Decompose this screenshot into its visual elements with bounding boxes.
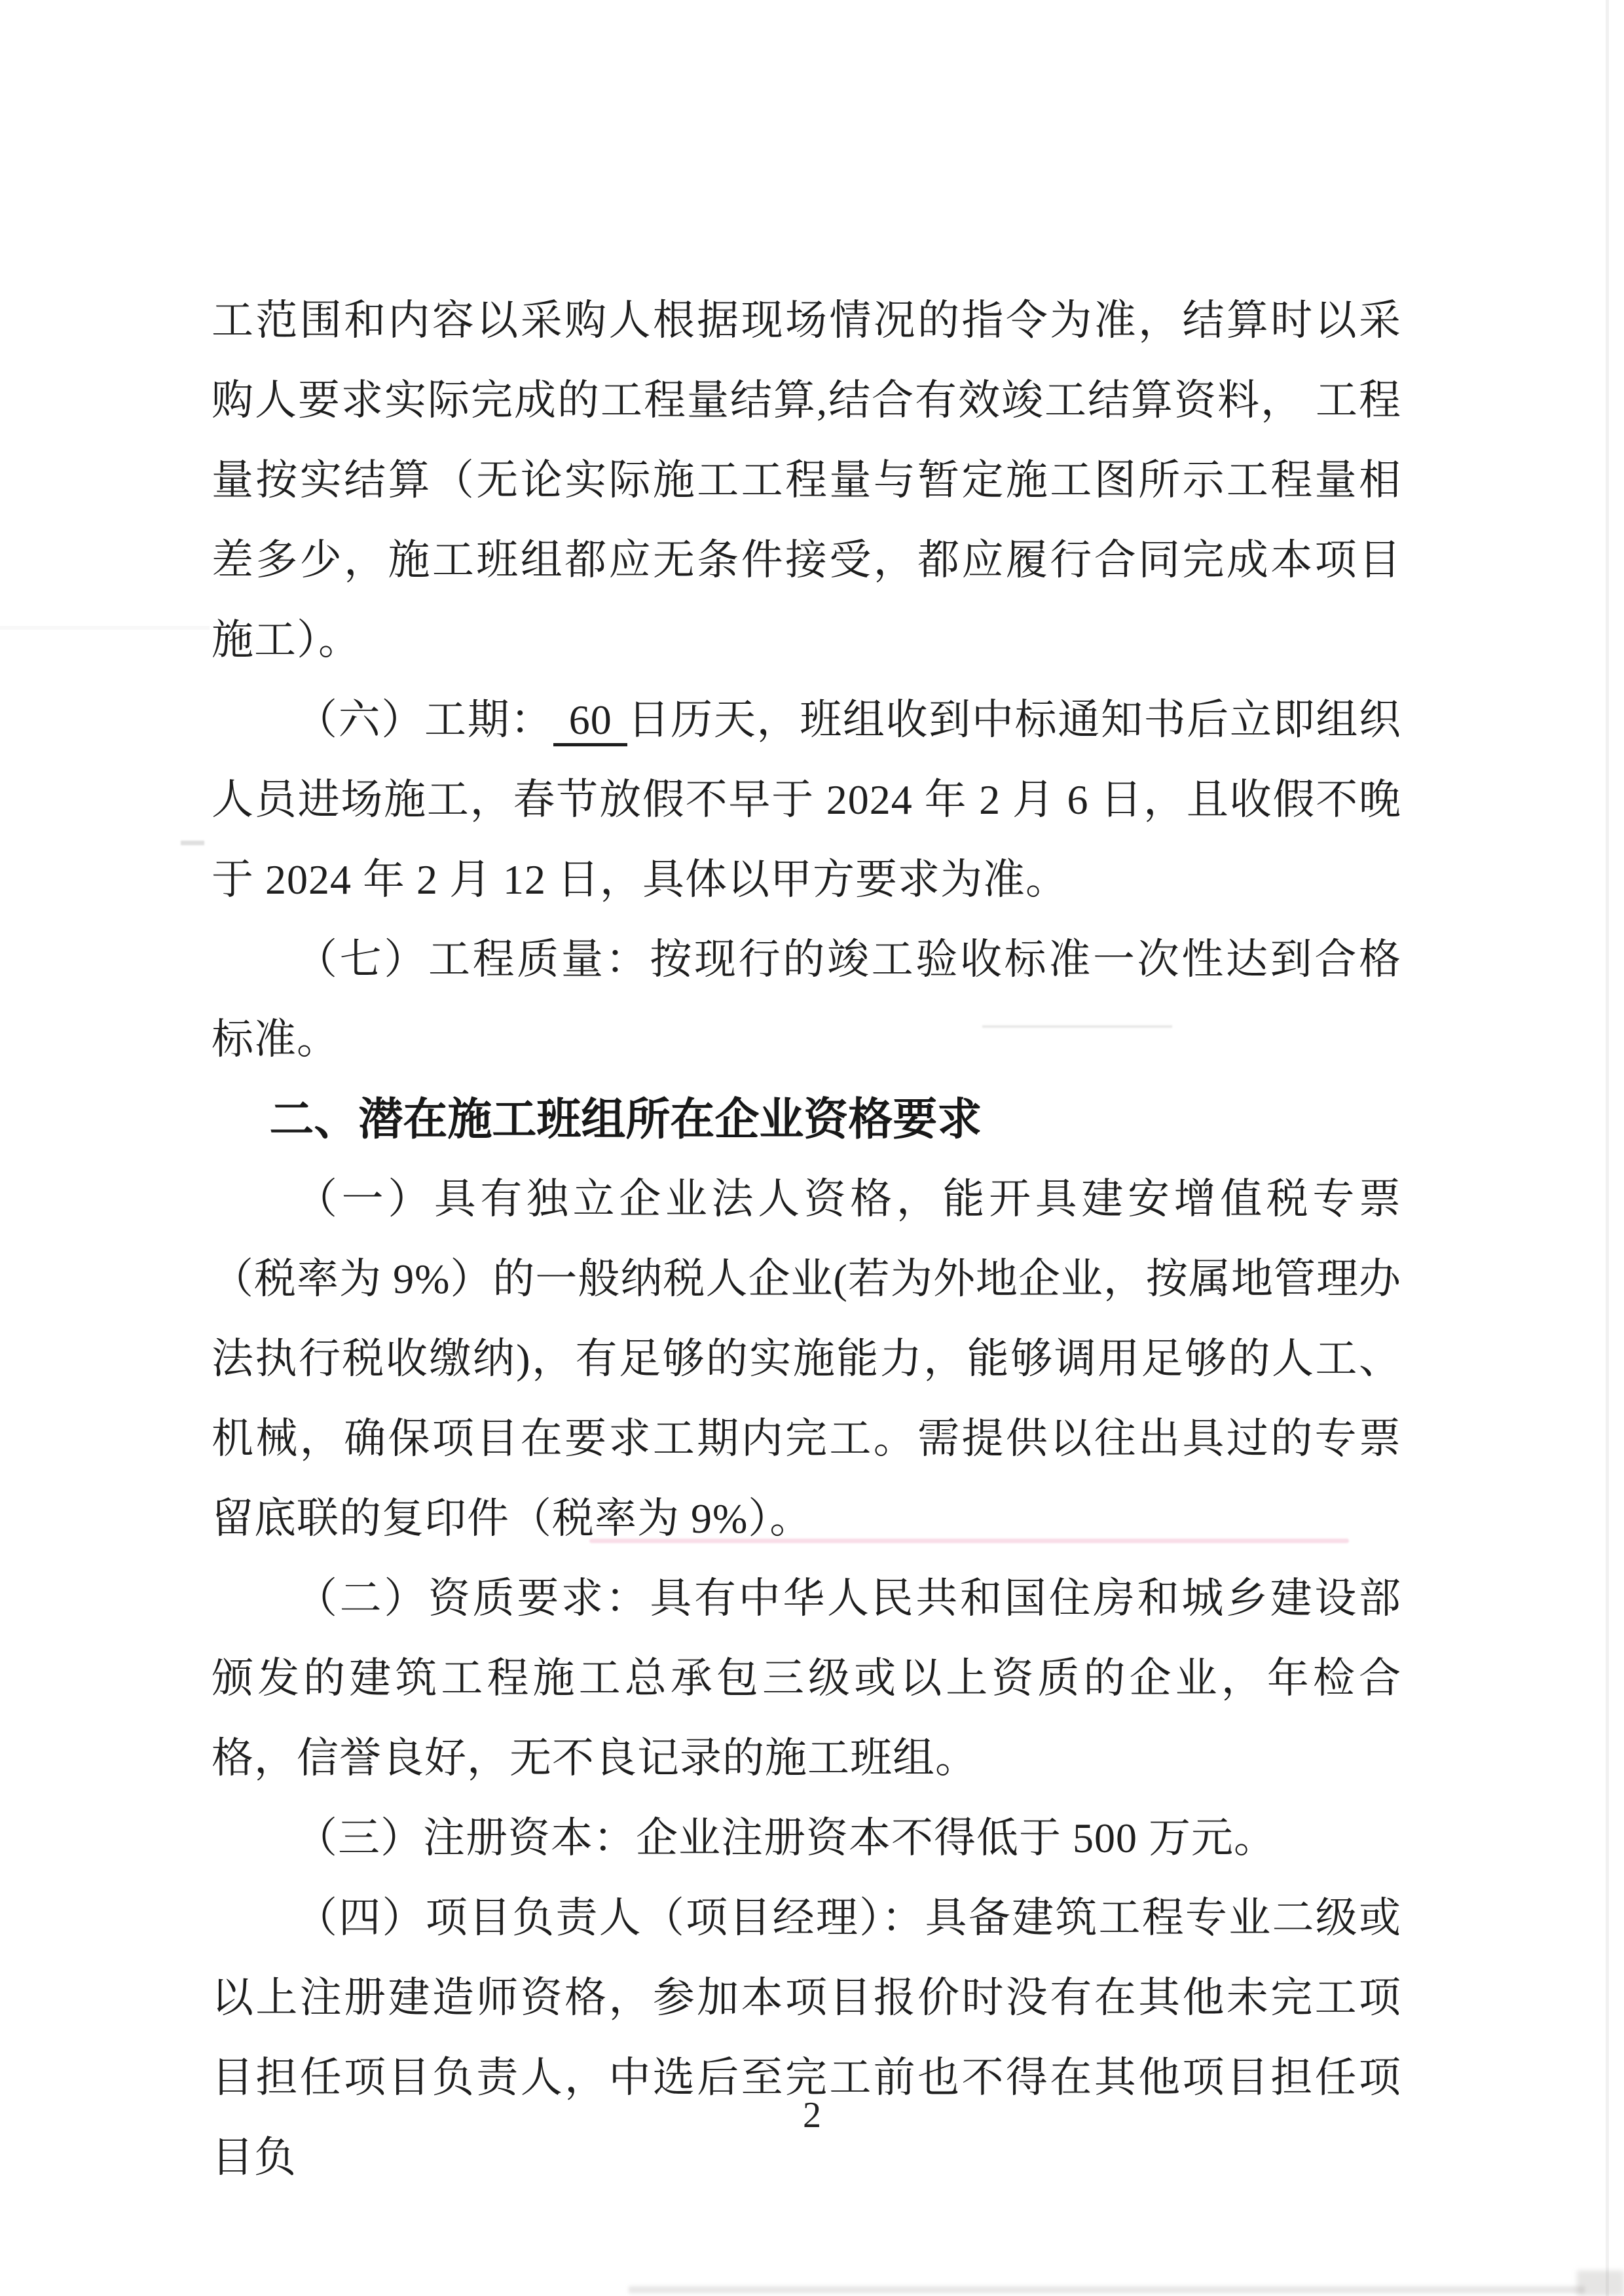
- paragraph-project-quality: （七）工程质量：按现行的竣工验收标准一次性达到合格标准。: [212, 920, 1401, 1080]
- scan-artifact-faint-band: [0, 626, 210, 630]
- scan-artifact-bottom-streak: [629, 2286, 1585, 2293]
- paragraph-settlement-continuation: 工范围和内容以采购人根据现场情况的指令为准，结算时以采购人要求实际完成的工程量结…: [212, 281, 1401, 680]
- page-footer: 2: [0, 2075, 1624, 2155]
- construction-period-label: （六）工期：: [295, 697, 553, 743]
- document-body: 工范围和内容以采购人根据现场情况的指令为准，结算时以采购人要求实际完成的工程量结…: [212, 281, 1401, 2198]
- scan-artifact-left-dash: [181, 841, 204, 845]
- scan-artifact-right-edge-line: [1606, 0, 1609, 2296]
- paragraph-credential-requirement: （二）资质要求：具有中华人民共和国住房和城乡建设部颁发的建筑工程施工总承包三级或…: [212, 1559, 1401, 1798]
- paragraph-construction-period: （六）工期： 60 日历天，班组收到中标通知书后立即组织人员进场施工，春节放假不…: [212, 680, 1401, 920]
- scanned-document-page: 工范围和内容以采购人根据现场情况的指令为准，结算时以采购人要求实际完成的工程量结…: [0, 0, 1624, 2296]
- page-number: 2: [803, 2095, 821, 2136]
- construction-period-days-value: 60: [553, 697, 627, 746]
- scan-artifact-bottom-corner: [1577, 2270, 1624, 2296]
- paragraph-legal-entity-requirement: （一）具有独立企业法人资格，能开具建安增值税专票（税率为 9%）的一般纳税人企业…: [212, 1159, 1401, 1559]
- section-heading-enterprise-qualification: 二、潜在施工班组所在企业资格要求: [212, 1080, 1401, 1159]
- paragraph-registered-capital-requirement: （三）注册资本：企业注册资本不得低于 500 万元。: [212, 1798, 1401, 1878]
